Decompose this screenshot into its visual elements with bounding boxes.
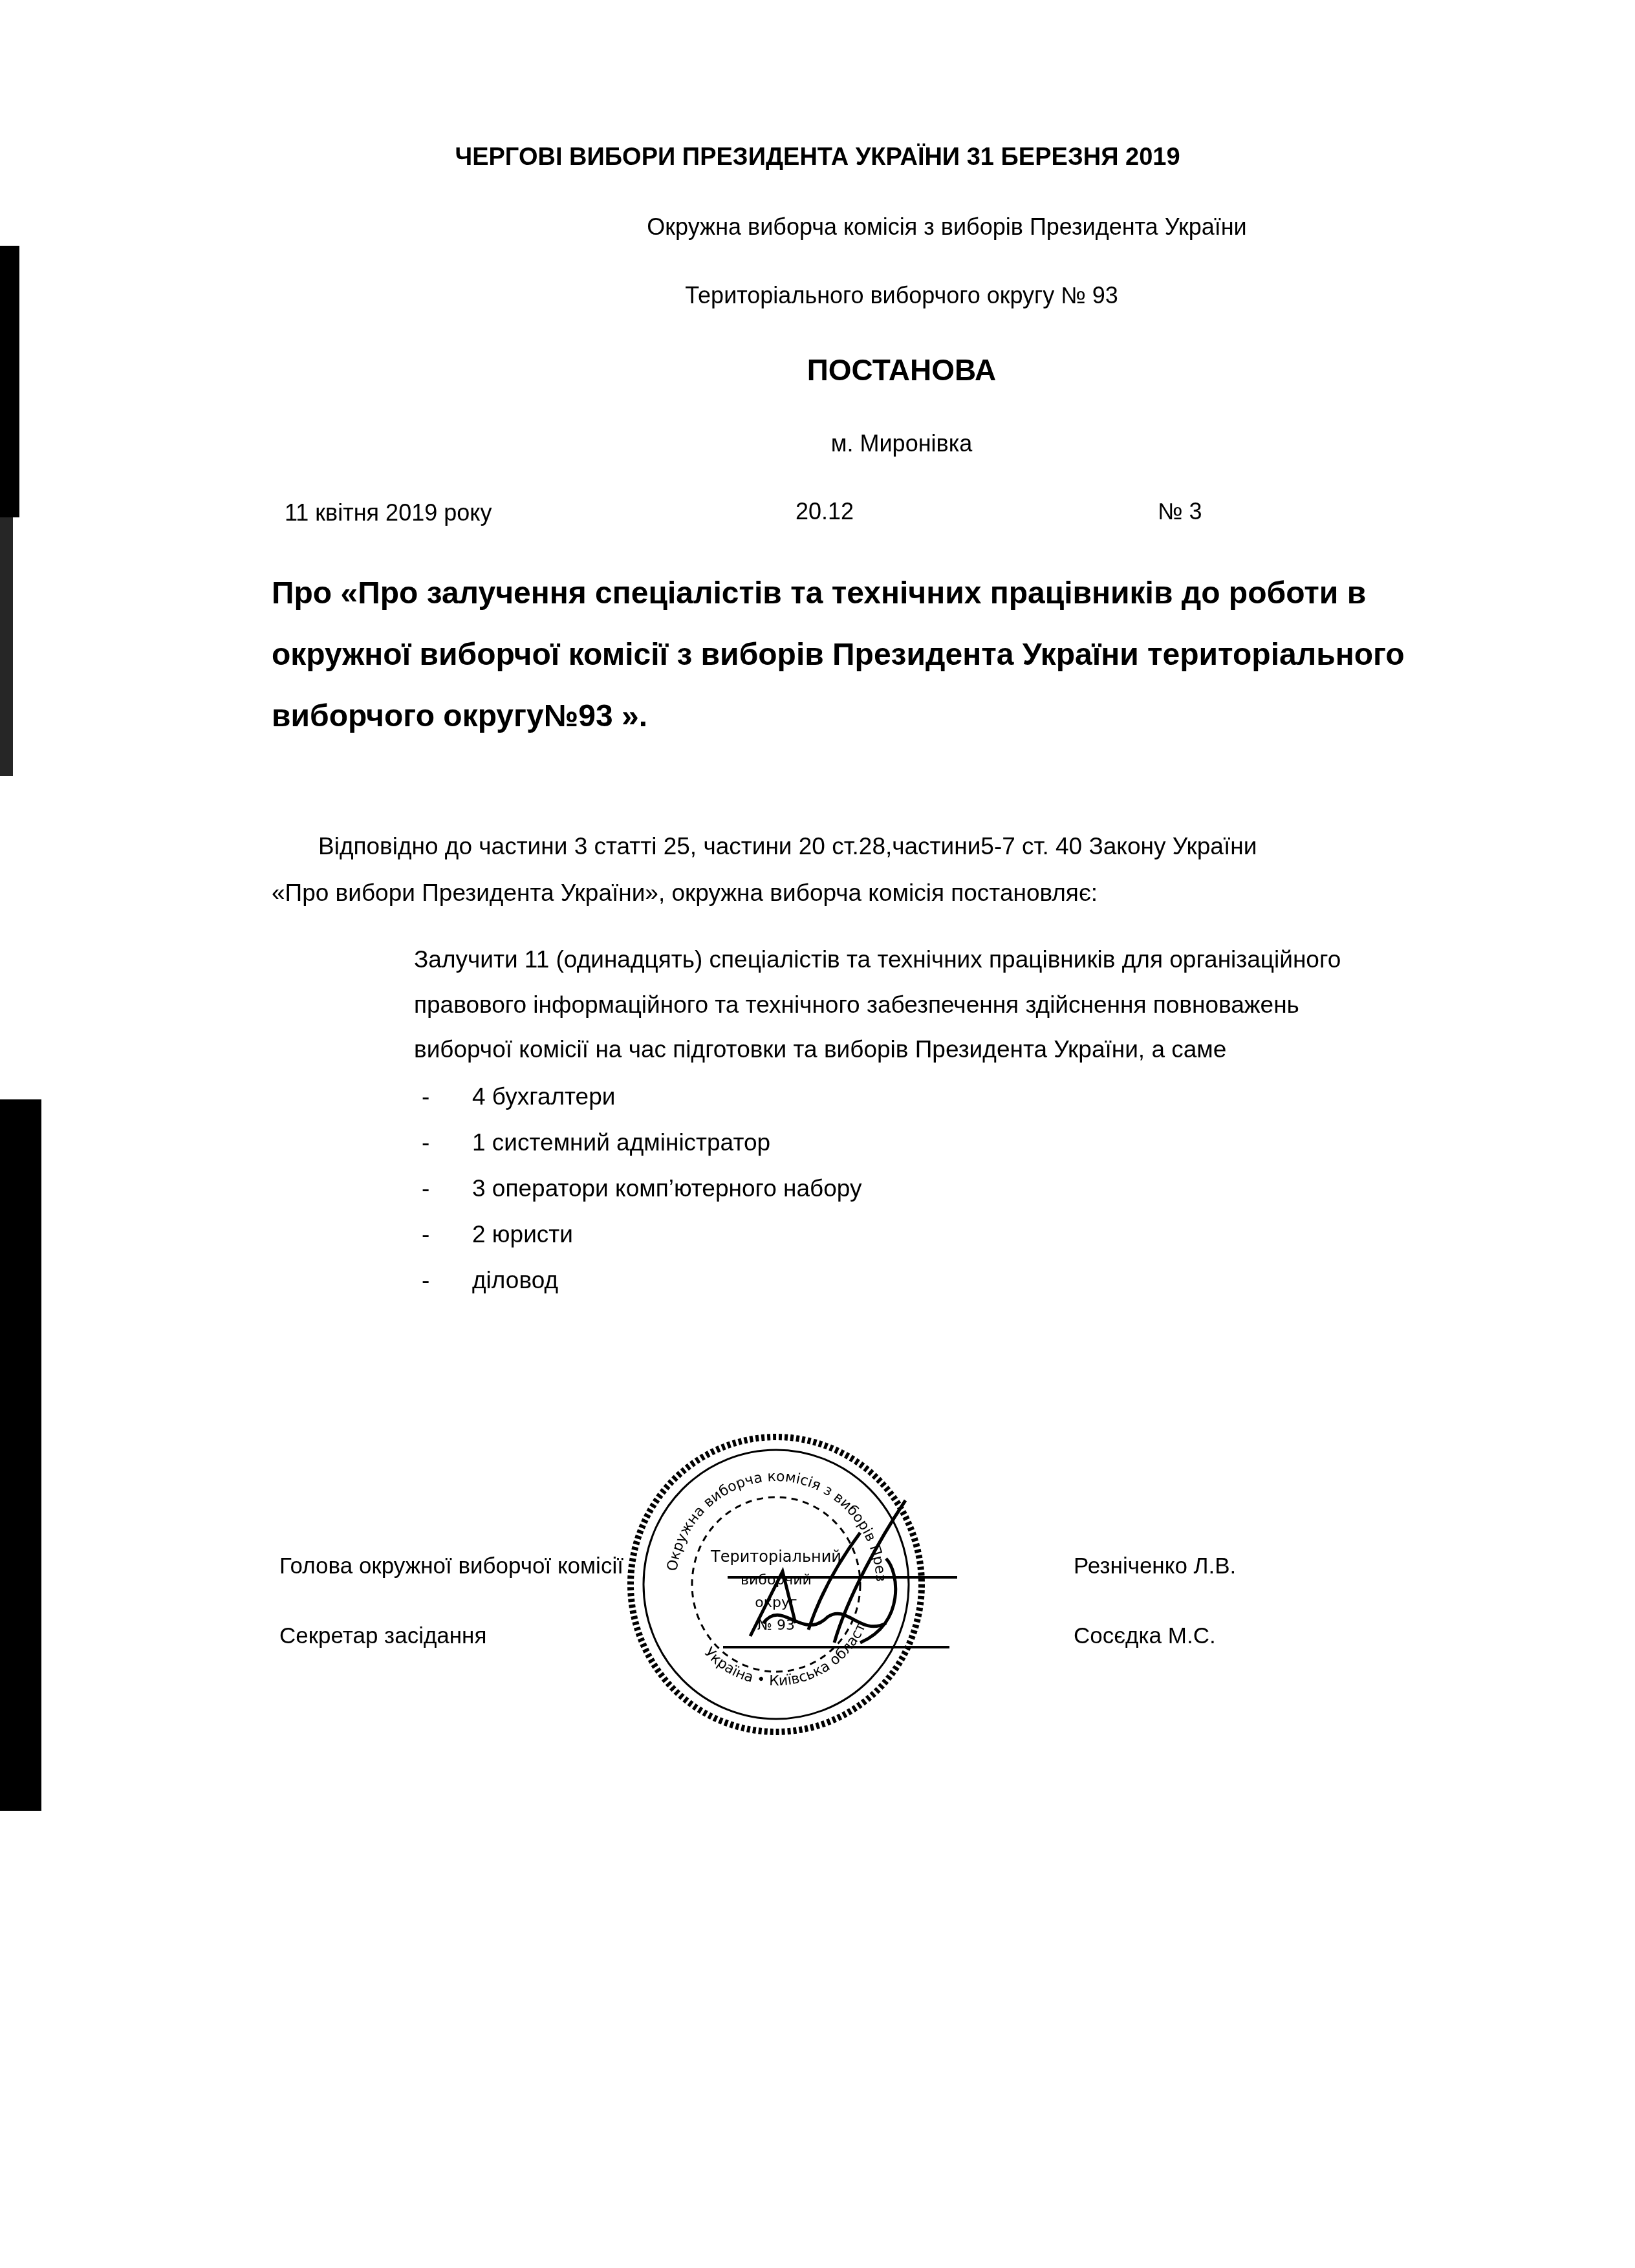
staff-list-item: -4 бухгалтери: [422, 1083, 615, 1110]
staff-list-item: -3 оператори комп’ютерного набору: [422, 1175, 862, 1202]
document-type-title: ПОСТАНОВА: [84, 352, 1635, 387]
preamble-line: «Про вибори Президента України», окружна…: [272, 880, 1098, 907]
document-time: 20.12: [796, 498, 854, 525]
commission-line: Окружна виборча комісія з виборів Презид…: [129, 213, 1635, 241]
document-number: № 3: [1158, 498, 1202, 525]
subject-line: Про «Про залучення спеціалістів та техні…: [272, 563, 1405, 624]
resolution-line: правового інформаційного та технічного з…: [414, 991, 1299, 1019]
preamble-line: Відповідно до частини 3 статті 25, части…: [318, 833, 1257, 860]
list-bullet: -: [422, 1129, 472, 1156]
svg-text:Територіальний: Територіальний: [710, 1548, 841, 1566]
list-bullet: -: [422, 1267, 472, 1294]
scan-edge-artifact-top: [0, 246, 19, 517]
list-bullet: -: [422, 1083, 472, 1110]
official-stamp-icon: Окружна виборча комісія з виборів Презид…: [614, 1429, 938, 1740]
list-bullet: -: [422, 1221, 472, 1248]
subject-line: виборчого округу№93 ».: [272, 686, 1405, 747]
document-place: м. Миронівка: [84, 430, 1635, 457]
district-line: Територіального виборчого округу № 93: [84, 282, 1635, 309]
list-bullet: -: [422, 1175, 472, 1202]
chair-title: Голова окружної виборчої комісії: [279, 1553, 623, 1579]
document-subject: Про «Про залучення спеціалістів та техні…: [272, 563, 1405, 747]
resolution-line: Залучити 11 (одинадцять) спеціалістів та…: [414, 946, 1341, 973]
secretary-name: Сосєдка М.С.: [1074, 1623, 1216, 1649]
staff-list-item: -діловод: [422, 1267, 558, 1294]
election-title: ЧЕРГОВІ ВИБОРИ ПРЕЗИДЕНТА УКРАЇНИ 31 БЕР…: [0, 144, 1635, 171]
document-date: 11 квітня 2019 року: [285, 499, 492, 526]
resolution-line: виборчої комісії на час підготовки та ви…: [414, 1036, 1226, 1063]
subject-line: окружної виборчої комісії з виборів През…: [272, 624, 1405, 686]
chair-name: Резніченко Л.В.: [1074, 1553, 1236, 1579]
scan-edge-artifact-low: [0, 1099, 41, 1811]
staff-list-item: -2 юристи: [422, 1221, 573, 1248]
scan-edge-artifact-mid: [0, 517, 13, 776]
staff-list-item: -1 системний адміністратор: [422, 1129, 770, 1156]
secretary-title: Секретар засідання: [279, 1623, 486, 1649]
